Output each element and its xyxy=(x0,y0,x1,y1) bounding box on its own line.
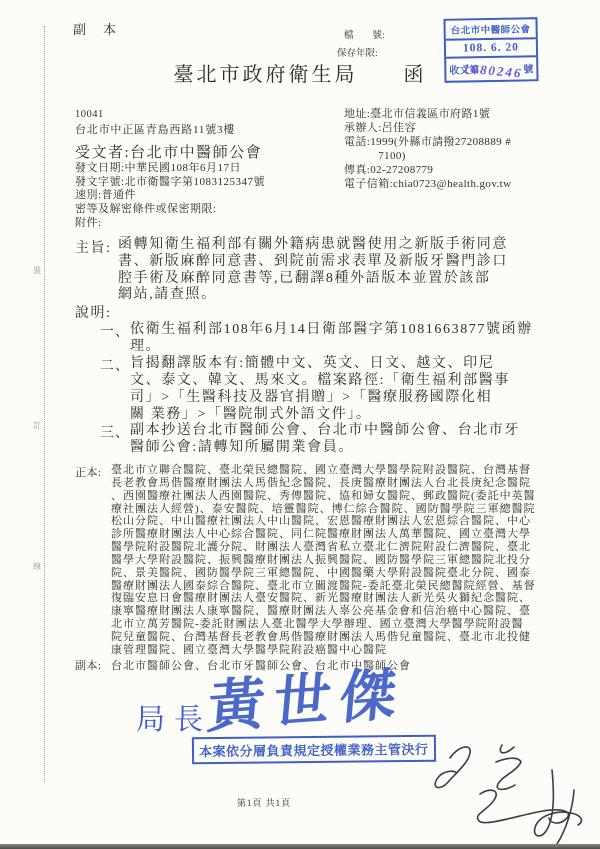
handwritten-ink-signature xyxy=(424,732,596,846)
text-line: 醫學大學附設醫院、振興醫療財團法人振興醫院、國防醫學院三軍總醫院北投分 xyxy=(111,554,551,567)
text-line: 傳真:02-27208779 xyxy=(344,163,511,177)
text-line: 松山分院、中山醫療社團法人中山醫院、宏恩醫療財團法人宏恩綜合醫院、中心 xyxy=(111,515,551,528)
text-line: 診所醫療財團法人中心綜合醫院、同仁院醫療財團法人萬華醫院、國立臺灣大學 xyxy=(111,528,551,541)
subject-text: 函轉知衛生福利部有關外籍病患就醫使用之新版手術同意書、新版麻醉同意書、到院前需求… xyxy=(118,237,536,304)
text-line: 電子信箱:chia0723@health.gov.tw xyxy=(344,177,511,191)
binding-mark-xian: 線 xyxy=(33,561,41,572)
commissioner-title: 局長 xyxy=(136,697,212,738)
text-line: 網站,請查照。 xyxy=(118,287,536,304)
recipient-block: 10041 台北市中正區青島西路11號3樓 受文者:台北市中醫師公會 xyxy=(75,109,262,162)
binding-mark-zhuang: 裝 xyxy=(33,265,41,276)
text-line: 康寧醫療財團法人康寧醫院、醫療財團法人辜公亮基金會和信治癌中心醫院、臺 xyxy=(111,605,551,618)
scanned-official-letter: 裝 訂 線 副 本 檔 號: 保存年限: 臺北市政府衛生局 函 台北市中醫師公會… xyxy=(0,0,600,849)
text-line: 復臨安息日會醫療財團法人臺安醫院、新光醫療財團法人新光吳火獅紀念醫院、 xyxy=(111,592,551,605)
text-line: 文、泰文、韓文、馬來文。檔案路徑:「衛生福利部醫事 xyxy=(130,372,538,389)
scan-bottom-edge xyxy=(0,844,600,849)
explanation-item-2-number: 二、 xyxy=(100,355,130,375)
text-line: 承辦人:呂佳容 xyxy=(344,121,511,135)
commissioner-signature-stamp: 黃世傑 xyxy=(205,648,410,745)
explanation-item-3-text: 副本抄送台北市醫師公會、台北市中醫師公會、台北市牙醫師公會:請轉知所屬開業會員。 xyxy=(130,422,538,456)
text-line: 療社團法人經營)、泰安醫院、培靈醫院、博仁綜合醫院、國防醫學院三軍總醫院 xyxy=(111,503,551,516)
recipient-address: 台北市中正區青島西路11號3樓 xyxy=(75,121,262,137)
explanation-item-1-text: 依衛生福利部108年6月14日衛部醫字第1081663877號函辦理。 xyxy=(130,321,538,355)
text-line: 函轉知衛生福利部有關外籍病患就醫使用之新版手術同意 xyxy=(118,237,536,254)
text-line: 司」>「生醫科技及器官捐贈」>「醫療服務國際化相 xyxy=(130,389,538,406)
text-line: 醫學院附設醫院北護分院、財團法人臺灣省私立臺北仁濟院附設仁濟醫院、臺北 xyxy=(111,541,551,554)
document-title: 臺北市政府衛生局 函 xyxy=(120,58,480,87)
copy-version-label: 副 本 xyxy=(73,19,118,38)
text-line: 速別:普通件 xyxy=(75,189,265,203)
postal-code: 10041 xyxy=(75,109,262,120)
explanation-item-1-number: 一、 xyxy=(100,321,130,341)
original-recipients-label: 正本: xyxy=(75,464,102,480)
text-line: 關 業務」>「醫院制式外語文件」。 xyxy=(130,406,538,423)
binding-mark-ding: 訂 xyxy=(33,420,41,431)
text-line: 、西園醫療社團法人西園醫院、秀傳醫院、協和婦女醫院、郵政醫院(委託中英醫 xyxy=(111,490,551,503)
page-indicator: 第1頁 共1頁 xyxy=(0,796,528,809)
text-line: 附件: xyxy=(75,217,265,231)
explanation-item-2-text: 旨揭翻譯版本有:簡體中文、英文、日文、越文、印尼文、泰文、韓文、馬來文。檔案路徑… xyxy=(130,355,538,423)
text-line: 書、新版麻醉同意書、到院前需求表單及新版牙醫門診口 xyxy=(118,254,536,271)
received-stamp-org: 台北市中醫師公會 xyxy=(445,19,535,41)
text-line: 7100) xyxy=(344,149,511,163)
retention-period-label: 保存年限: xyxy=(337,45,378,59)
document-meta-block: 發文日期:中華民國108年6月17日發文字號:北市衛醫字第1083125347號… xyxy=(75,162,265,231)
subject-label: 主旨: xyxy=(75,237,111,257)
delegation-authority-stamp: 本案依分層負責規定授權業務主管決行 xyxy=(192,735,436,765)
text-line: 發文字號:北市衛醫字第1083125347號 xyxy=(75,176,265,190)
text-line: 密等及解密條件或保密期限: xyxy=(75,203,265,217)
text-line: 院兒童醫院、台灣基督長老教會馬偕醫療財團法人馬偕兒童醫院、臺北市北投健 xyxy=(111,631,551,644)
recipient-name-line: 受文者:台北市中醫師公會 xyxy=(75,141,262,162)
text-line: 腔手術及麻醉同意書等,已翻譯8種外語版本並置於該部 xyxy=(118,271,536,288)
text-line: 長老教會馬偕醫療財團法人馬偕紀念醫院、長庚醫療財團法人台北長庚紀念醫院 xyxy=(111,477,551,490)
text-line: 北市立萬芳醫院-委託財團法人臺北醫學大學辦理、國立臺灣大學醫學院附設醫 xyxy=(111,618,551,631)
text-line: 臺北市立聯合醫院、臺北榮民總醫院、國立臺灣大學醫學院附設醫院、台灣基督 xyxy=(111,464,551,477)
text-line: 發文日期:中華民國108年6月17日 xyxy=(75,162,265,176)
text-line: 副本抄送台北市醫師公會、台北市中醫師公會、台北市牙 xyxy=(130,422,538,439)
text-line: 電話:1999(外縣市請撥27208889 # xyxy=(344,135,511,149)
text-line: 院、景美醫院、國防醫學院三軍總醫院、中國醫藥大學附設醫院臺北分院、國泰 xyxy=(111,567,551,580)
copy-recipients-label: 副本: xyxy=(75,657,102,673)
receipt-suffix: 號 xyxy=(523,60,533,75)
text-line: 理。 xyxy=(130,338,538,355)
sender-contact-block: 地址:臺北市信義區市府路1號承辦人:呂佳容電話:1999(外縣市請撥272088… xyxy=(344,107,511,191)
binding-dotted-line xyxy=(44,26,45,782)
explanation-item-3-number: 三、 xyxy=(100,422,130,442)
text-line: 依衛生福利部108年6月14日衛部醫字第1081663877號函辦 xyxy=(130,321,538,338)
original-recipients-list: 臺北市立聯合醫院、臺北榮民總醫院、國立臺灣大學醫學院附設醫院、台灣基督長老教會馬… xyxy=(111,464,551,657)
text-line: 旨揭翻譯版本有:簡體中文、英文、日文、越文、印尼 xyxy=(130,355,538,372)
explanation-label: 說明: xyxy=(75,302,111,322)
file-number-label: 檔 號: xyxy=(344,27,385,41)
text-line: 醫師公會:請轉知所屬開業會員。 xyxy=(130,439,538,456)
received-stamp-date: 108. 6. 20 xyxy=(446,39,536,59)
text-line: 醫療財團法人國泰綜合醫院、臺北市立關渡醫院-委託臺北榮民總醫院經營、基督 xyxy=(111,580,551,593)
text-line: 地址:臺北市信義區市府路1號 xyxy=(344,107,511,121)
